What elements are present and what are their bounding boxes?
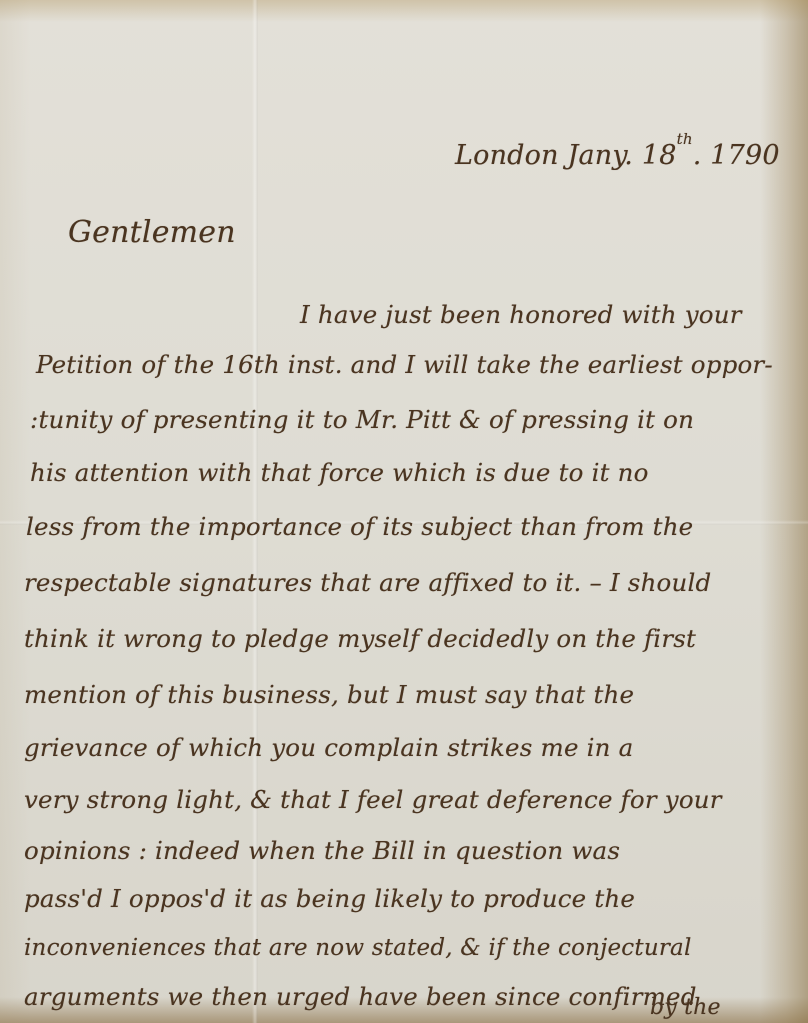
year: 1790 (710, 140, 780, 171)
catchword: by the (650, 995, 721, 1020)
letter-page: London Jany. 18th. 1790 Gentlemen I have… (0, 0, 808, 1023)
body-line: I have just been honored with your (300, 300, 742, 329)
salutation: Gentlemen (68, 215, 236, 250)
body-line: arguments we then urged have been since … (24, 982, 697, 1011)
place-date: London Jany. 18 (455, 140, 677, 171)
date-suffix: th (677, 130, 693, 148)
body-line: Petition of the 16th inst. and I will ta… (36, 350, 773, 379)
dateline: London Jany. 18th. 1790 (455, 140, 780, 171)
body-line: mention of this business, but I must say… (24, 680, 634, 709)
body-line: pass'd I oppos'd it as being likely to p… (24, 884, 635, 913)
body-line: grievance of which you complain strikes … (24, 733, 633, 762)
body-line: think it wrong to pledge myself decidedl… (24, 624, 696, 653)
body-line: opinions : indeed when the Bill in quest… (24, 836, 620, 865)
body-line: respectable signatures that are affixed … (24, 568, 711, 597)
body-line: :tunity of presenting it to Mr. Pitt & o… (30, 405, 694, 434)
body-line: inconveniences that are now stated, & if… (24, 935, 692, 961)
body-line: very strong light, & that I feel great d… (24, 785, 722, 814)
body-line: his attention with that force which is d… (30, 458, 649, 487)
body-line: less from the importance of its subject … (26, 512, 693, 541)
